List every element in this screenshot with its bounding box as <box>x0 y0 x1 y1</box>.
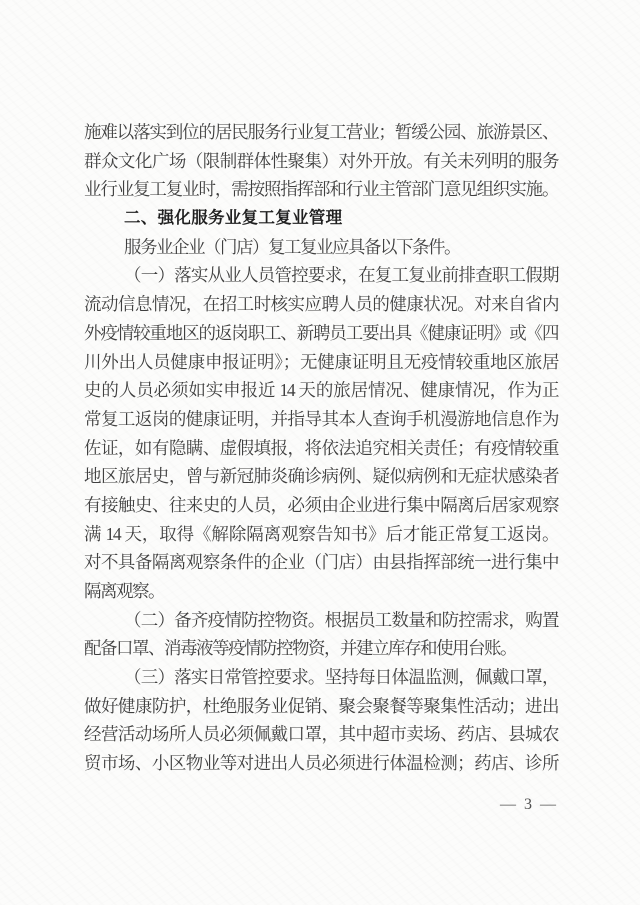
document-line: 业行业复工复业时，需按照指挥部和行业主管部门意见组织实施。 <box>84 175 558 204</box>
document-line: 隔离观察。 <box>84 577 558 606</box>
document-line: 流动信息情况，在招工时核实应聘人员的健康状况。对来自省内 <box>84 290 558 319</box>
document-line: 经营活动场所人员必须佩戴口罩，其中超市卖场、药店、县城农 <box>84 720 558 749</box>
document-line: （一）落实从业人员管控要求，在复工复业前排查职工假期 <box>84 261 558 290</box>
page-number: — 3 — <box>0 796 558 814</box>
document-line: 群众文化广场（限制群体性聚集）对外开放。有关未列明的服务 <box>84 147 558 176</box>
document-line: （三）落实日常管控要求。坚持每日体温监测，佩戴口罩， <box>84 663 558 692</box>
document-line: 外疫情较重地区的返岗职工、新聘员工要出具《健康证明》或《四 <box>84 319 558 348</box>
document-line: 地区旅居史，曾与新冠肺炎确诊病例、疑似病例和无症状感染者 <box>84 462 558 491</box>
section-heading: 二、强化服务业复工复业管理 <box>84 204 558 233</box>
document-body: 施难以落实到位的居民服务行业复工营业；暂缓公园、旅游景区、群众文化广场（限制群体… <box>84 118 558 778</box>
document-line: 川外出人员健康申报证明》；无健康证明且无疫情较重地区旅居 <box>84 348 558 377</box>
document-line: 常复工返岗的健康证明，并指导其本人查询手机漫游地信息作为 <box>84 405 558 434</box>
document-line: 施难以落实到位的居民服务行业复工营业；暂缓公园、旅游景区、 <box>84 118 558 147</box>
document-line: （二）备齐疫情防控物资。根据员工数量和防控需求，购置 <box>84 606 558 635</box>
document-line: 佐证，如有隐瞒、虚假填报，将依法追究相关责任；有疫情较重 <box>84 434 558 463</box>
document-line: 史的人员必须如实申报近 14 天的旅居情况、健康情况，作为正 <box>84 376 558 405</box>
document-page: 施难以落实到位的居民服务行业复工营业；暂缓公园、旅游景区、群众文化广场（限制群体… <box>0 0 640 905</box>
document-line: 贸市场、小区物业等对进出人员必须进行体温检测；药店、诊所 <box>84 749 558 778</box>
document-line: 对不具备隔离观察条件的企业（门店）由县指挥部统一进行集中 <box>84 548 558 577</box>
document-line: 服务业企业（门店）复工复业应具备以下条件。 <box>84 233 558 262</box>
document-line: 做好健康防护，杜绝服务业促销、聚会聚餐等聚集性活动；进出 <box>84 692 558 721</box>
document-line: 配备口罩、消毒液等疫情防控物资，并建立库存和使用台账。 <box>84 634 558 663</box>
document-line: 有接触史、往来史的人员，必须由企业进行集中隔离后居家观察 <box>84 491 558 520</box>
document-line: 满 14 天，取得《解除隔离观察告知书》后才能正常复工返岗。 <box>84 520 558 549</box>
